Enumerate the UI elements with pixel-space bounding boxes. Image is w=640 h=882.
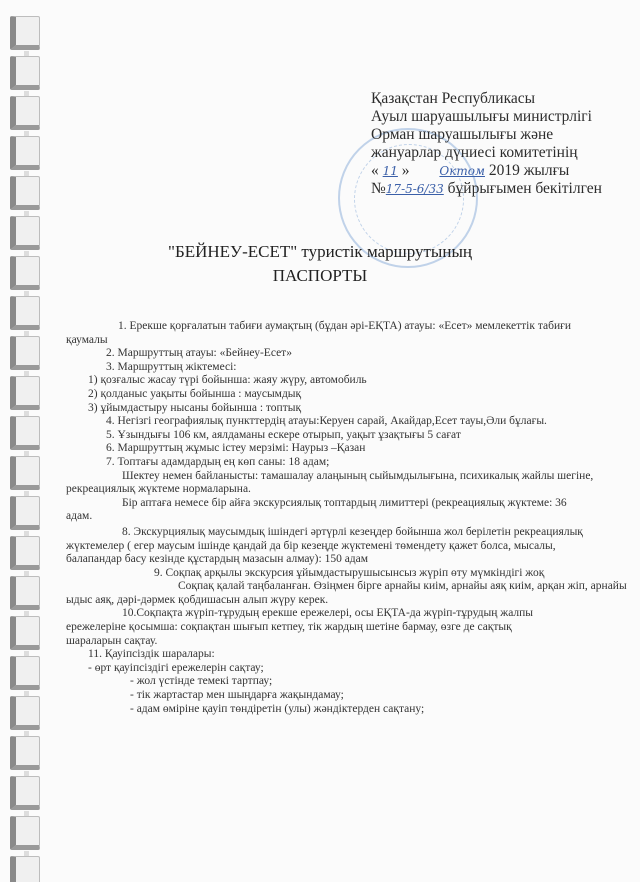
paragraph: 2. Маршруттың атауы: «Бейнеу-Есет» bbox=[66, 347, 606, 361]
paragraph: 10.Соқпақта жүріп-тұрудың ерекше ережеле… bbox=[66, 607, 606, 621]
binding-ring bbox=[10, 576, 40, 610]
order-number: 17-5-6/33 bbox=[386, 182, 444, 196]
list-item: 3) ұйымдастыру нысаны бойынша : топтық bbox=[66, 402, 606, 416]
paragraph: 5. Ұзындығы 106 км, аялдаманы ескере оты… bbox=[66, 429, 606, 443]
approval-order: №17-5-6/33 бұйрығымен бекітілген bbox=[371, 180, 602, 198]
paragraph: 4. Негізгі географиялық пункттердің атау… bbox=[66, 415, 606, 429]
paragraph: ережелеріне қосымша: соқпақтан шығып кет… bbox=[66, 621, 606, 635]
paragraph: Шектеу немен байланысты: тамашалау алаңы… bbox=[66, 470, 606, 484]
approval-line: Ауыл шаруашылығы министрлігі bbox=[371, 108, 602, 126]
title-line-2: ПАСПОРТЫ bbox=[0, 264, 640, 288]
approval-line: Қазақстан Республикасы bbox=[371, 90, 602, 108]
document-body: 1. Ерекше қорғалатын табиғи аумақтың (бұ… bbox=[66, 320, 606, 716]
approval-block: Қазақстан Республикасы Ауыл шаруашылығы … bbox=[371, 90, 602, 198]
paragraph: рекреациялық жүктеме нормаларына. bbox=[66, 483, 606, 497]
paragraph: 7. Топтағы адамдардың ең көп саны: 18 ад… bbox=[66, 456, 606, 470]
binding-ring bbox=[10, 816, 40, 850]
paragraph: ыдыс аяқ, дәрі-дәрмек қобдишасын алып жү… bbox=[66, 594, 606, 608]
binding-ring bbox=[10, 336, 40, 370]
binding-ring bbox=[10, 656, 40, 690]
binding-ring bbox=[10, 536, 40, 570]
date-month: Октом bbox=[413, 164, 485, 178]
list-item: 2) қолданыс уақыты бойынша : маусымдық bbox=[66, 388, 606, 402]
paragraph: қаумалы bbox=[66, 334, 606, 348]
paragraph: жүктемелер ( егер маусым ішінде қандай д… bbox=[66, 540, 606, 554]
paragraph: Соқпақ қалай таңбаланған. Өзіңмен бірге … bbox=[66, 580, 606, 594]
binding-ring bbox=[10, 416, 40, 450]
list-item: - адам өміріне қауіп төндіретін (улы) жә… bbox=[66, 703, 606, 717]
paragraph: 11. Қауіпсіздік шаралары: bbox=[66, 648, 606, 662]
approval-line: жануарлар дүниесі комитетінің bbox=[371, 144, 602, 162]
paragraph: 1. Ерекше қорғалатын табиғи аумақтың (бұ… bbox=[66, 320, 606, 334]
binding-ring bbox=[10, 736, 40, 770]
date-year: 2019 жылғы bbox=[489, 162, 570, 179]
document-title: "БЕЙНЕУ-ЕСЕТ" туристік маршрутының ПАСПО… bbox=[0, 240, 640, 288]
date-mid: » bbox=[402, 162, 410, 179]
binding-ring bbox=[10, 856, 40, 882]
paragraph: 6. Маршруттың жұмыс істеу мерзімі: Науры… bbox=[66, 442, 606, 456]
paragraph: балапандар басу кезінде құстардың мазасы… bbox=[66, 553, 606, 567]
binding-ring bbox=[10, 96, 40, 130]
paragraph: 9. Соқпақ арқылы экскурсия ұйымдастырушы… bbox=[66, 567, 606, 581]
binding-ring bbox=[10, 456, 40, 490]
list-item: - өрт қауіпсіздігі ережелерін сақтау; bbox=[66, 662, 606, 676]
binding-ring bbox=[10, 776, 40, 810]
paragraph: Бір аптаға немесе бір айға экскурсиялық … bbox=[66, 497, 606, 511]
title-line-1: "БЕЙНЕУ-ЕСЕТ" туристік маршрутының bbox=[0, 240, 640, 264]
binding-ring bbox=[10, 16, 40, 50]
paragraph: шараларын сақтау. bbox=[66, 635, 606, 649]
paragraph: 8. Экскурциялық маусымдық ішіндегі әртүр… bbox=[66, 526, 606, 540]
date-day: 11 bbox=[383, 164, 398, 178]
list-item: - жол үстінде темекі тартпау; bbox=[66, 675, 606, 689]
list-item: - тік жартастар мен шыңдарға жақындамау; bbox=[66, 689, 606, 703]
binding-ring bbox=[10, 296, 40, 330]
binding-ring bbox=[10, 136, 40, 170]
binding-ring bbox=[10, 616, 40, 650]
binding-ring bbox=[10, 496, 40, 530]
date-prefix: « bbox=[371, 162, 379, 179]
spiral-binding bbox=[10, 0, 50, 882]
binding-ring bbox=[10, 56, 40, 90]
list-item: 1) қозғалыс жасау түрі бойынша: жаяу жүр… bbox=[66, 374, 606, 388]
approval-line: Орман шаруашылығы және bbox=[371, 126, 602, 144]
binding-ring bbox=[10, 696, 40, 730]
paragraph: адам. bbox=[66, 510, 606, 524]
binding-ring bbox=[10, 176, 40, 210]
binding-ring bbox=[10, 376, 40, 410]
order-suffix: бұйрығымен бекітілген bbox=[448, 180, 602, 197]
order-prefix: № bbox=[371, 180, 386, 197]
approval-date: « 11 » Октом 2019 жылғы bbox=[371, 162, 602, 180]
paragraph: 3. Маршруттың жіктемесі: bbox=[66, 361, 606, 375]
